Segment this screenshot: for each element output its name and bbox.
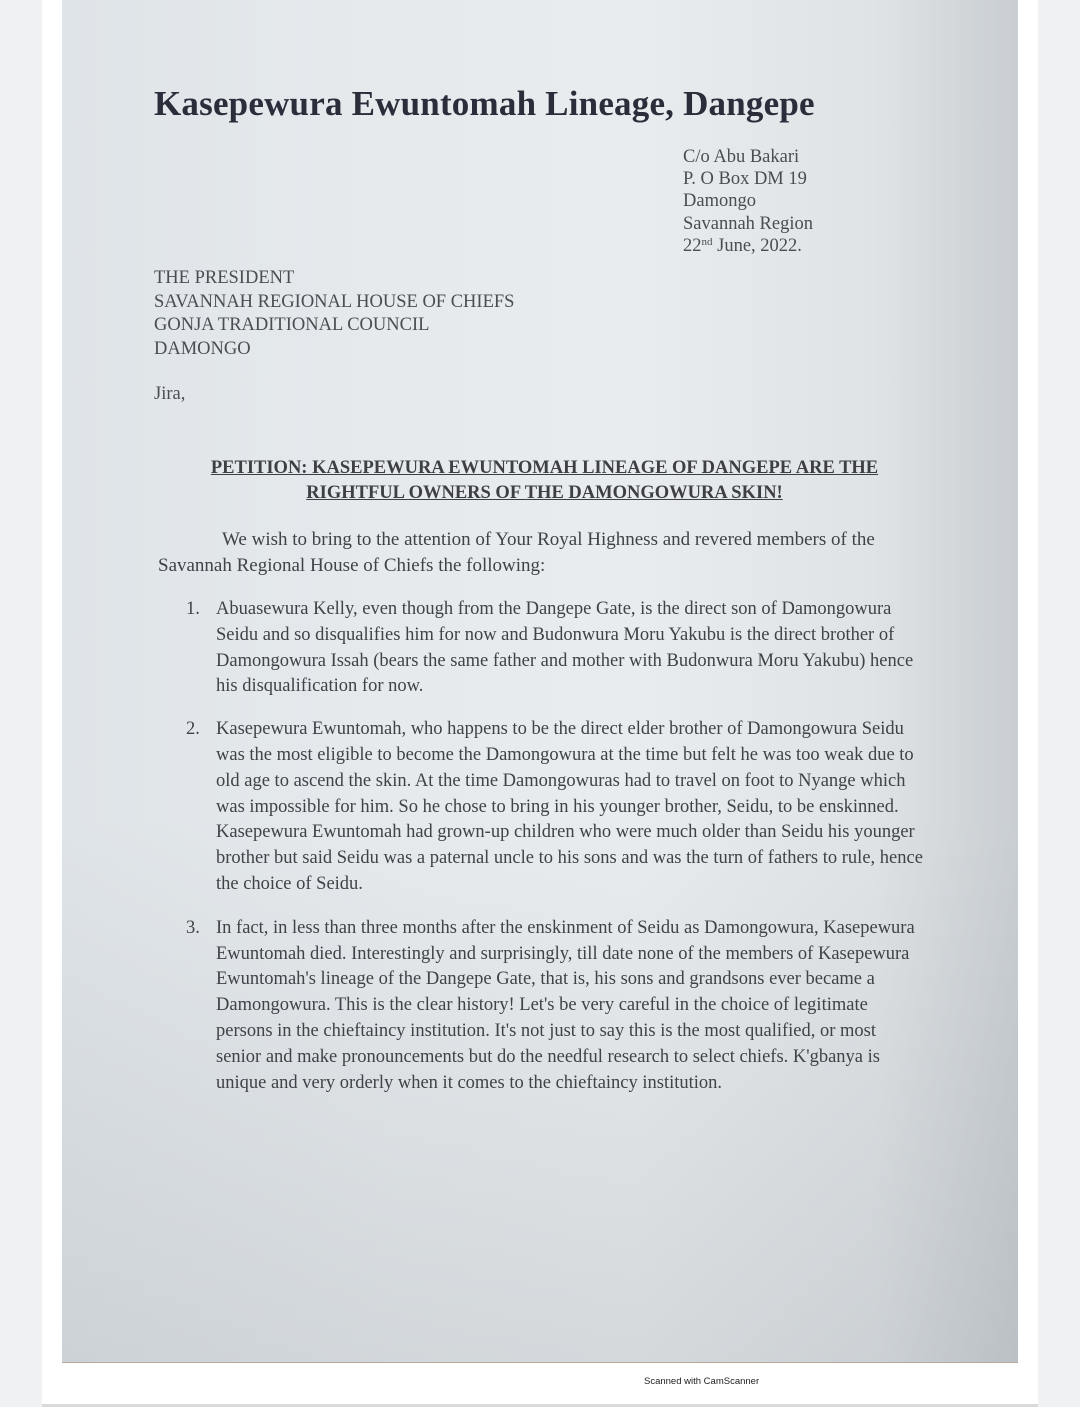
salutation: Jira, xyxy=(154,384,185,405)
point-number: 3. xyxy=(186,916,200,942)
point-item: 3. In fact, in less than three months af… xyxy=(180,916,925,1097)
intro-text: We wish to bring to the attention of You… xyxy=(158,529,875,576)
date-day: 22 xyxy=(683,236,702,256)
recipient-line: SAVANNAH REGIONAL HOUSE OF CHIEFS xyxy=(154,291,514,315)
petition-title: PETITION: KASEPEWURA EWUNTOMAH LINEAGE O… xyxy=(172,456,917,506)
petition-title-line: PETITION: KASEPEWURA EWUNTOMAH LINEAGE O… xyxy=(172,456,917,481)
recipient-line: THE PRESIDENT xyxy=(154,267,514,291)
petition-title-line: RIGHTFUL OWNERS OF THE DAMONGOWURA SKIN! xyxy=(172,481,917,506)
point-text: Kasepewura Ewuntomah, who happens to be … xyxy=(216,719,923,894)
recipient-line: DAMONGO xyxy=(154,338,514,362)
point-number: 1. xyxy=(186,597,200,623)
document-sheet: Kasepewura Ewuntomah Lineage, Dangepe C/… xyxy=(42,0,1038,1407)
point-number: 2. xyxy=(186,717,200,743)
date-suffix: nd xyxy=(702,236,713,248)
sender-po-box: P. O Box DM 19 xyxy=(683,168,813,190)
intro-indent xyxy=(158,529,222,550)
point-text: Abuasewura Kelly, even though from the D… xyxy=(216,599,913,696)
intro-paragraph: We wish to bring to the attention of You… xyxy=(158,527,918,579)
numbered-points: 1. Abuasewura Kelly, even though from th… xyxy=(180,597,925,1113)
letter-date: 22nd June, 2022. xyxy=(683,235,813,257)
recipient-line: GONJA TRADITIONAL COUNCIL xyxy=(154,314,514,338)
sender-town: Damongo xyxy=(683,190,813,212)
letterhead-title: Kasepewura Ewuntomah Lineage, Dangepe xyxy=(154,84,815,124)
sender-region: Savannah Region xyxy=(683,213,813,235)
camscanner-watermark: Scanned with CamScanner xyxy=(644,1376,759,1387)
point-item: 1. Abuasewura Kelly, even though from th… xyxy=(180,597,925,700)
point-text: In fact, in less than three months after… xyxy=(216,918,915,1093)
sender-care-of: C/o Abu Bakari xyxy=(683,146,813,168)
scanned-page: Kasepewura Ewuntomah Lineage, Dangepe C/… xyxy=(62,0,1018,1363)
sender-address: C/o Abu Bakari P. O Box DM 19 Damongo Sa… xyxy=(683,146,813,257)
recipient-address: THE PRESIDENT SAVANNAH REGIONAL HOUSE OF… xyxy=(154,267,514,361)
date-rest: June, 2022. xyxy=(713,236,802,256)
point-item: 2. Kasepewura Ewuntomah, who happens to … xyxy=(180,717,925,898)
